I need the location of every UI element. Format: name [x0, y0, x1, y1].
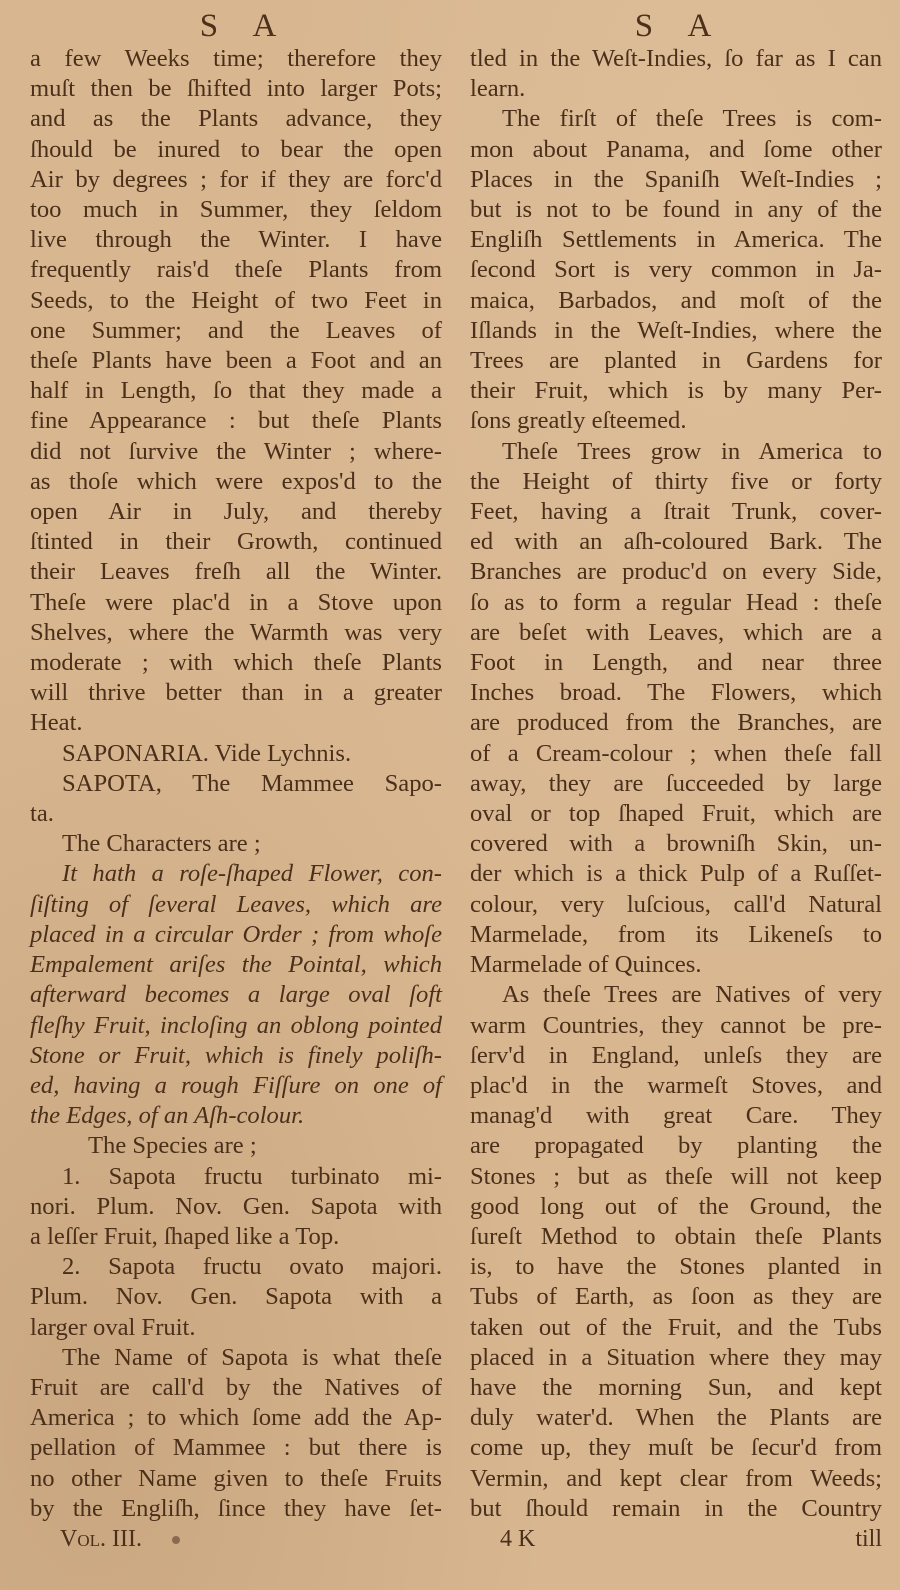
text-line: maica, Barbados, and moſt of the — [470, 286, 882, 316]
text-line: did not ſurvive the Winter ; where- — [30, 437, 442, 467]
text-line: will thrive better than in a greater — [30, 678, 442, 708]
text-line: oval or top ſhaped Fruit, which are — [470, 799, 882, 829]
entry-heading-sapota: SAPOTA, The Mammee Sapo- — [30, 769, 442, 799]
text-line: are propagated by planting the — [470, 1131, 882, 1161]
text-line: Theſe were plac'd in a Stove upon — [30, 588, 442, 618]
right-column: S A tled in the Weſt-Indies, ſo far as I… — [470, 0, 882, 1553]
text-line: ſureſt Method to obtain theſe Plants — [470, 1222, 882, 1252]
text-line: their Fruit, which is by many Per- — [470, 376, 882, 406]
text-line: are beſet with Leaves, which are a — [470, 618, 882, 648]
text-line: Seeds, to the Height of two Feet in — [30, 286, 442, 316]
text-line: ſtinted in their Growth, continued — [30, 527, 442, 557]
italic-line: afterward becomes a large oval ſoft — [30, 980, 442, 1010]
italic-line: placed in a circular Order ; from whoſe — [30, 920, 442, 950]
text-line: Vermin, and kept clear from Weeds; — [470, 1464, 882, 1494]
species-2-line: Plum. Nov. Gen. Sapota with a — [30, 1282, 442, 1312]
running-head-right: S A — [470, 0, 882, 44]
text-line: ta. — [30, 799, 442, 829]
text-line: duly water'd. When the Plants are — [470, 1403, 882, 1433]
text-line: America ; to which ſome add the Ap- — [30, 1403, 442, 1433]
text-line: are produced from the Branches, are — [470, 708, 882, 738]
species-1-line: 1. Sapota fructu turbinato mi- — [30, 1162, 442, 1192]
text-line: ſons greatly eſteemed. — [470, 406, 882, 436]
text-line: live through the Winter. I have — [30, 225, 442, 255]
text-line: by the Engliſh, ſince they have ſet- — [30, 1494, 442, 1524]
species-heading: The Species are ; — [30, 1131, 442, 1161]
entry-heading-saponaria: SAPONARIA. Vide Lychnis. — [30, 739, 442, 769]
text-line: but is not to be found in any of the — [470, 195, 882, 225]
text-line: the Height of thirty five or forty — [470, 467, 882, 497]
text-line: Inches broad. The Flowers, which — [470, 678, 882, 708]
running-head-left: S A — [30, 0, 442, 44]
italic-line: ſiſting of ſeveral Leaves, which are — [30, 890, 442, 920]
text-line: learn. — [470, 74, 882, 104]
book-page: S A a few Weeks time; therefore they muſ… — [0, 0, 900, 1590]
text-line: covered with a browniſh Skin, un- — [470, 829, 882, 859]
text-line: mon about Panama, and ſome other — [470, 135, 882, 165]
species-1-line: a leſſer Fruit, ſhaped like a Top. — [30, 1222, 442, 1252]
text-line: no other Name given to theſe Fruits — [30, 1464, 442, 1494]
text-line: As theſe Trees are Natives of very — [470, 980, 882, 1010]
text-line: ſerv'd in England, unleſs they are — [470, 1041, 882, 1071]
text-line: ſo as to form a regular Head : theſe — [470, 588, 882, 618]
text-line: have the morning Sun, and kept — [470, 1373, 882, 1403]
text-line: Tubs of Earth, as ſoon as they are — [470, 1282, 882, 1312]
text-line: manag'd with great Care. They — [470, 1101, 882, 1131]
left-footer: Vol. III. — [30, 1526, 442, 1553]
text-line: warm Countries, they cannot be pre- — [470, 1011, 882, 1041]
text-line: placed in a Situation where they may — [470, 1343, 882, 1373]
text-line: Trees are planted in Gardens for — [470, 346, 882, 376]
left-column-text: a few Weeks time; therefore they muſt th… — [30, 44, 442, 1524]
text-line: Feet, having a ſtrait Trunk, cover- — [470, 497, 882, 527]
text-line: taken out of the Fruit, and the Tubs — [470, 1313, 882, 1343]
text-line: come up, they muſt be ſecur'd from — [470, 1433, 882, 1463]
italic-line: Stone or Fruit, which is finely poliſh- — [30, 1041, 442, 1071]
text-line: pellation of Mammee : but there is — [30, 1433, 442, 1463]
text-line: ed with an aſh-coloured Bark. The — [470, 527, 882, 557]
text-line: Shelves, where the Warmth was very — [30, 618, 442, 648]
text-line: open Air in July, and thereby — [30, 497, 442, 527]
species-1-line: nori. Plum. Nov. Gen. Sapota with — [30, 1192, 442, 1222]
text-line: Stones ; but as theſe will not keep — [470, 1162, 882, 1192]
text-line: Air by degrees ; for if they are forc'd — [30, 165, 442, 195]
right-footer: 4 K till — [470, 1526, 882, 1553]
italic-line: ed, having a rough Fiſſure on one of — [30, 1071, 442, 1101]
text-line: Engliſh Settlements in America. The — [470, 225, 882, 255]
volume-label: Vol. III. — [30, 1526, 180, 1553]
right-column-text: tled in the Weſt-Indies, ſo far as I can… — [470, 44, 882, 1524]
catchword: till — [855, 1526, 882, 1553]
text-line: colour, very luſcious, call'd Natural — [470, 890, 882, 920]
italic-line: Empalement ariſes the Pointal, which — [30, 950, 442, 980]
text-line: Places in the Spaniſh Weſt-Indies ; — [470, 165, 882, 195]
italic-line: the Edges, of an Aſh-colour. — [30, 1101, 442, 1131]
ornament-icon — [172, 1536, 180, 1544]
text-line: ſecond Sort is very common in Ja- — [470, 255, 882, 285]
signature-mark: 4 K — [470, 1526, 535, 1553]
text-line: der which is a thick Pulp of a Ruſſet- — [470, 859, 882, 889]
text-line: Marmelade of Quinces. — [470, 950, 882, 980]
italic-line: fleſhy Fruit, incloſing an oblong pointe… — [30, 1011, 442, 1041]
text-line: half in Length, ſo that they made a — [30, 376, 442, 406]
text-line: is, to have the Stones planted in — [470, 1252, 882, 1282]
text-line: tled in the Weſt-Indies, ſo far as I can — [470, 44, 882, 74]
characters-heading: The Characters are ; — [30, 829, 442, 859]
text-line: good long out of the Ground, the — [470, 1192, 882, 1222]
text-line: plac'd in the warmeſt Stoves, and — [470, 1071, 882, 1101]
text-line: too much in Summer, they ſeldom — [30, 195, 442, 225]
text-line: The firſt of theſe Trees is com- — [470, 104, 882, 134]
text-line: Fruit are call'd by the Natives of — [30, 1373, 442, 1403]
text-line: Foot in Length, and near three — [470, 648, 882, 678]
text-line: The Name of Sapota is what theſe — [30, 1343, 442, 1373]
text-line: one Summer; and the Leaves of — [30, 316, 442, 346]
text-line: Heat. — [30, 708, 442, 738]
text-line: fine Appearance : but theſe Plants — [30, 406, 442, 436]
text-line: Marmelade, from its Likeneſs to — [470, 920, 882, 950]
text-line: Theſe Trees grow in America to — [470, 437, 882, 467]
text-line: moderate ; with which theſe Plants — [30, 648, 442, 678]
text-line: theſe Plants have been a Foot and an — [30, 346, 442, 376]
text-line: frequently rais'd theſe Plants from — [30, 255, 442, 285]
text-line: ſhould be inured to bear the open — [30, 135, 442, 165]
text-line: of a Cream-colour ; when theſe fall — [470, 739, 882, 769]
text-line: Iſlands in the Weſt-Indies, where the — [470, 316, 882, 346]
italic-line: It hath a roſe-ſhaped Flower, con- — [30, 859, 442, 889]
text-line: and as the Plants advance, they — [30, 104, 442, 134]
text-line: a few Weeks time; therefore they — [30, 44, 442, 74]
text-line: Branches are produc'd on every Side, — [470, 557, 882, 587]
text-line: but ſhould remain in the Country — [470, 1494, 882, 1524]
species-2-line: 2. Sapota fructu ovato majori. — [30, 1252, 442, 1282]
species-2-line: larger oval Fruit. — [30, 1313, 442, 1343]
text-line: muſt then be ſhifted into larger Pots; — [30, 74, 442, 104]
text-line: as thoſe which were expos'd to the — [30, 467, 442, 497]
text-line: away, they are ſucceeded by large — [470, 769, 882, 799]
text-line: their Leaves freſh all the Winter. — [30, 557, 442, 587]
left-column: S A a few Weeks time; therefore they muſ… — [30, 0, 442, 1553]
